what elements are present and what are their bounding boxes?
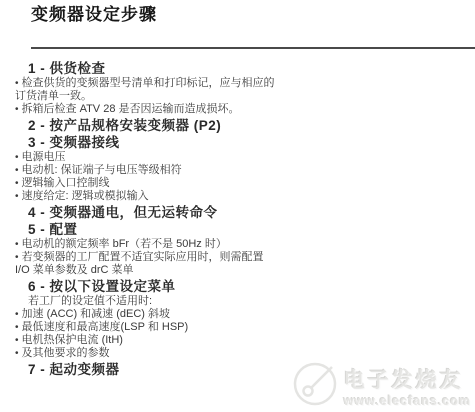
bullet-text: 及其他要求的参数 [22, 347, 110, 359]
bullet-icon: • [15, 238, 19, 251]
bullet-item: •最低速度和最高速度(LSP 和 HSP) [15, 321, 277, 334]
bullet-text: 最低速度和最高速度(LSP 和 HSP) [22, 321, 189, 333]
steps-list: 1 - 供货检查 •检查供货的变频器型号清单和打印标记，应与相应的订货清单一致。… [15, 61, 277, 377]
bullet-item: •拆箱后检查 ATV 28 是否因运输而造成损坏。 [15, 103, 277, 116]
bullet-item: •电机热保护电流 (ItH) [15, 334, 277, 347]
bullet-icon: • [15, 103, 19, 116]
bullet-text: 拆箱后检查 ATV 28 是否因运输而造成损坏。 [22, 103, 240, 115]
bullet-icon: • [15, 321, 19, 334]
bullet-icon: • [15, 177, 19, 190]
bullet-text: 加速 (ACC) 和减速 (dEC) 斜坡 [22, 308, 171, 320]
bullet-icon: • [15, 347, 19, 360]
bullet-item: •检查供货的变频器型号清单和打印标记，应与相应的订货清单一致。 [15, 77, 277, 103]
section-heading-7: 7 - 起动变频器 [28, 362, 277, 377]
bullet-item: •逻辑输入口控制线 [15, 177, 277, 190]
bullet-item: •若变频器的工厂配置不适宜实际应用时，则需配置 I/O 菜单参数及 drC 菜单 [15, 251, 277, 277]
bullet-icon: • [15, 251, 19, 264]
bullet-item: •电源电压 [15, 151, 277, 164]
bullet-icon: • [15, 151, 19, 164]
elecfans-logo-icon [292, 359, 340, 412]
horizontal-divider [31, 47, 475, 49]
bullet-text: 若变频器的工厂配置不适宜实际应用时，则需配置 I/O 菜单参数及 drC 菜单 [15, 251, 264, 276]
bullet-text: 电动机: 保证端子与电压等级相符 [22, 164, 182, 176]
watermark-text: 电子发烧友 www.elecfans.com [344, 364, 471, 408]
section-heading-4: 4 - 变频器通电，但无运转命令 [28, 205, 277, 220]
document-page: 变频器设定步骤 1 - 供货检查 •检查供货的变频器型号清单和打印标记，应与相应… [0, 4, 475, 412]
bullet-item: •加速 (ACC) 和减速 (dEC) 斜坡 [15, 308, 277, 321]
section-heading-1: 1 - 供货检查 [28, 61, 277, 76]
bullet-text: 逻辑输入口控制线 [22, 177, 110, 189]
page-title: 变频器设定步骤 [31, 4, 475, 26]
bullet-text: 速度给定: 逻辑或模拟输入 [22, 190, 149, 202]
bullet-icon: • [15, 77, 19, 90]
section-heading-6: 6 - 按以下设置设定菜单 [28, 279, 277, 294]
bullet-icon: • [15, 164, 19, 177]
watermark-url: www.elecfans.com [344, 394, 471, 408]
bullet-text: 电机热保护电流 (ItH) [22, 334, 123, 346]
section-heading-2: 2 - 按产品规格安装变频器 (P2) [28, 118, 277, 133]
bullet-text: 电动机的额定频率 bFr（若不是 50Hz 时） [22, 238, 227, 250]
bullet-icon: • [15, 334, 19, 347]
bullet-item: •电动机的额定频率 bFr（若不是 50Hz 时） [15, 238, 277, 251]
bullet-item: •速度给定: 逻辑或模拟输入 [15, 190, 277, 203]
bullet-icon: • [15, 190, 19, 203]
bullet-item: •电动机: 保证端子与电压等级相符 [15, 164, 277, 177]
bullet-text: 检查供货的变频器型号清单和打印标记，应与相应的订货清单一致。 [15, 77, 275, 102]
factory-settings-note: 若工厂的设定值不适用时: [28, 295, 277, 308]
bullet-icon: • [15, 308, 19, 321]
watermark-brand: 电子发烧友 [344, 364, 471, 394]
bullet-item: •及其他要求的参数 [15, 347, 277, 360]
watermark: 电子发烧友 www.elecfans.com [292, 359, 471, 412]
bullet-text: 电源电压 [22, 151, 66, 163]
section-heading-3: 3 - 变频器接线 [28, 135, 277, 150]
section-heading-5: 5 - 配置 [28, 222, 277, 237]
